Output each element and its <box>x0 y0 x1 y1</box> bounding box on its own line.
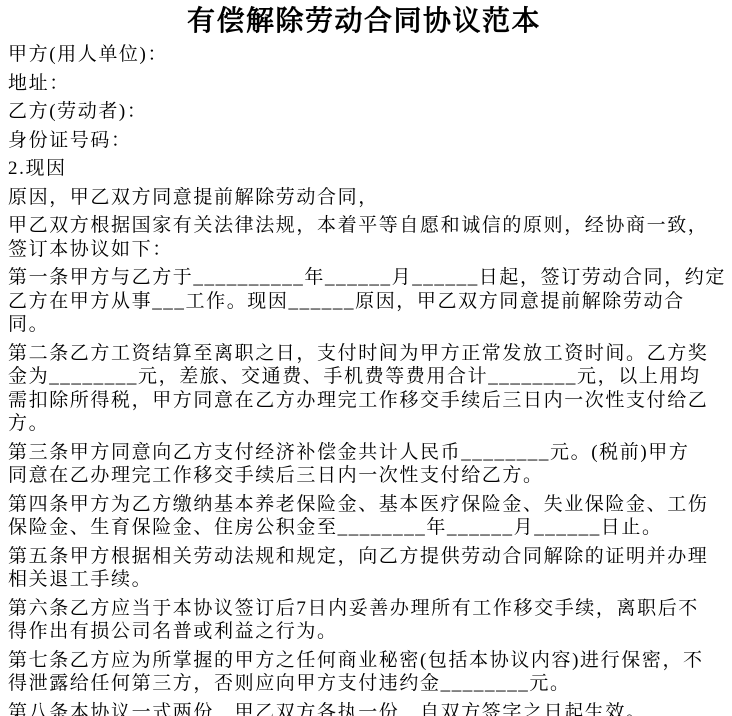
paragraph-clause-2: 第二条乙方工资结算至离职之日，支付时间为甲方正常发放工资时间。乙方奖金为____… <box>8 342 720 436</box>
paragraph-clause-3: 第三条甲方同意向乙方支付经济补偿金共计人民币________元。(税前)甲方同意… <box>8 441 720 488</box>
address-label-line: 地址： <box>8 72 720 96</box>
id-number-label-line: 身份证号码： <box>8 129 720 153</box>
document-page: 有偿解除劳动合同协议范本 甲方(用人单位)： 地址： 乙方(劳动者)： 身份证号… <box>0 0 732 716</box>
paragraph-clause-1: 第一条甲方与乙方于__________年______月______日起，签订劳动… <box>8 266 720 337</box>
paragraph-clause-4: 第四条甲方为乙方缴纳基本养老保险金、基本医疗保险金、失业保险金、工伤保险金、生育… <box>8 493 720 540</box>
paragraph-clause-7: 第七条乙方应为所掌握的甲方之任何商业秘密(包括本协议内容)进行保密，不得泄露给任… <box>8 649 720 696</box>
paragraph-preamble: 甲乙双方根据国家有关法律法规，本着平等自愿和诚信的原则，经协商一致，签订本协议如… <box>8 214 720 261</box>
party-a-label-line: 甲方(用人单位)： <box>8 43 720 67</box>
paragraph-clause-5: 第五条甲方根据相关劳动法规和规定，向乙方提供劳动合同解除的证明并办理相关退工手续… <box>8 545 720 592</box>
party-b-label-line: 乙方(劳动者)： <box>8 100 720 124</box>
section-heading: 2.现因 <box>8 157 720 181</box>
paragraph-clause-6: 第六条乙方应当于本协议签订后7日内妥善办理所有工作移交手续，离职后不得作出有损公… <box>8 597 720 644</box>
clipped-bottom-line: 第八条本协议一式两份，甲乙双方各执一份，自双方签字之日起生效。 <box>8 701 720 716</box>
document-title: 有偿解除劳动合同协议范本 <box>8 6 720 38</box>
paragraph-reason-intro: 原因，甲乙双方同意提前解除劳动合同， <box>8 186 720 210</box>
